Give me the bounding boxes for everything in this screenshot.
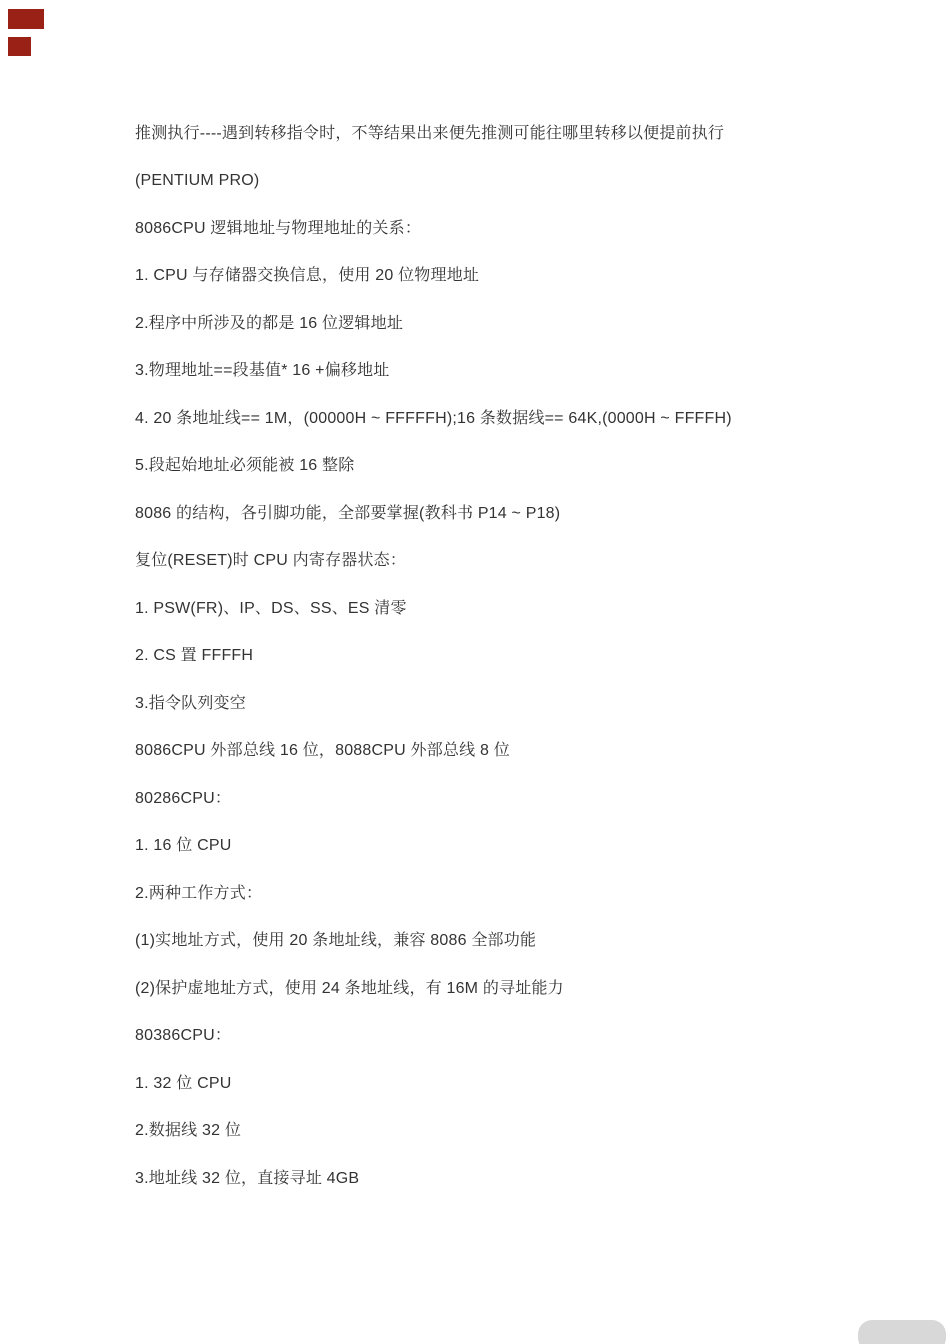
red-mark-icon [8, 9, 44, 29]
paragraph: 80386CPU： [135, 1022, 775, 1049]
document-body: 推测执行----遇到转移指令时，不等结果出来便先推测可能往哪里转移以便提前执行(… [135, 99, 815, 1212]
paragraph: 2.数据线 32 位 [135, 1117, 775, 1144]
paragraph: 8086CPU 逻辑地址与物理地址的关系： [135, 215, 775, 242]
paragraph: 80286CPU： [135, 785, 775, 812]
paragraph: 2. CS 置 FFFFH [135, 642, 775, 669]
floating-badge[interactable] [858, 1320, 946, 1344]
paragraph: 1. 16 位 CPU [135, 832, 775, 859]
paragraph: 1. 32 位 CPU [135, 1070, 775, 1097]
paragraph: 8086CPU 外部总线 16 位，8088CPU 外部总线 8 位 [135, 737, 775, 764]
paragraph: 4. 20 条地址线== 1M，(00000H ~ FFFFFH);16 条数据… [135, 405, 775, 432]
paragraph: 3.地址线 32 位，直接寻址 4GB [135, 1165, 775, 1192]
paragraph: 5.段起始地址必须能被 16 整除 [135, 452, 775, 479]
paragraph: 复位(RESET)时 CPU 内寄存器状态： [135, 547, 775, 574]
paragraph: 3.物理地址==段基值* 16 +偏移地址 [135, 357, 775, 384]
paragraph: 3.指令队列变空 [135, 690, 775, 717]
red-mark-icon [8, 37, 31, 56]
paragraph: (PENTIUM PRO) [135, 167, 775, 194]
paragraph: (1)实地址方式，使用 20 条地址线，兼容 8086 全部功能 [135, 927, 775, 954]
paragraph: 推测执行----遇到转移指令时，不等结果出来便先推测可能往哪里转移以便提前执行 [135, 120, 775, 147]
paragraph: 2.程序中所涉及的都是 16 位逻辑地址 [135, 310, 775, 337]
paragraph: (2)保护虚地址方式，使用 24 条地址线，有 16M 的寻址能力 [135, 975, 775, 1002]
paragraph: 8086 的结构，各引脚功能，全部要掌握(教科书 P14 ~ P18) [135, 500, 775, 527]
paragraph: 2.两种工作方式： [135, 880, 775, 907]
corner-marks [8, 9, 44, 56]
paragraph: 1. PSW(FR)、IP、DS、SS、ES 清零 [135, 595, 775, 622]
paragraph: 1. CPU 与存储器交换信息，使用 20 位物理地址 [135, 262, 775, 289]
